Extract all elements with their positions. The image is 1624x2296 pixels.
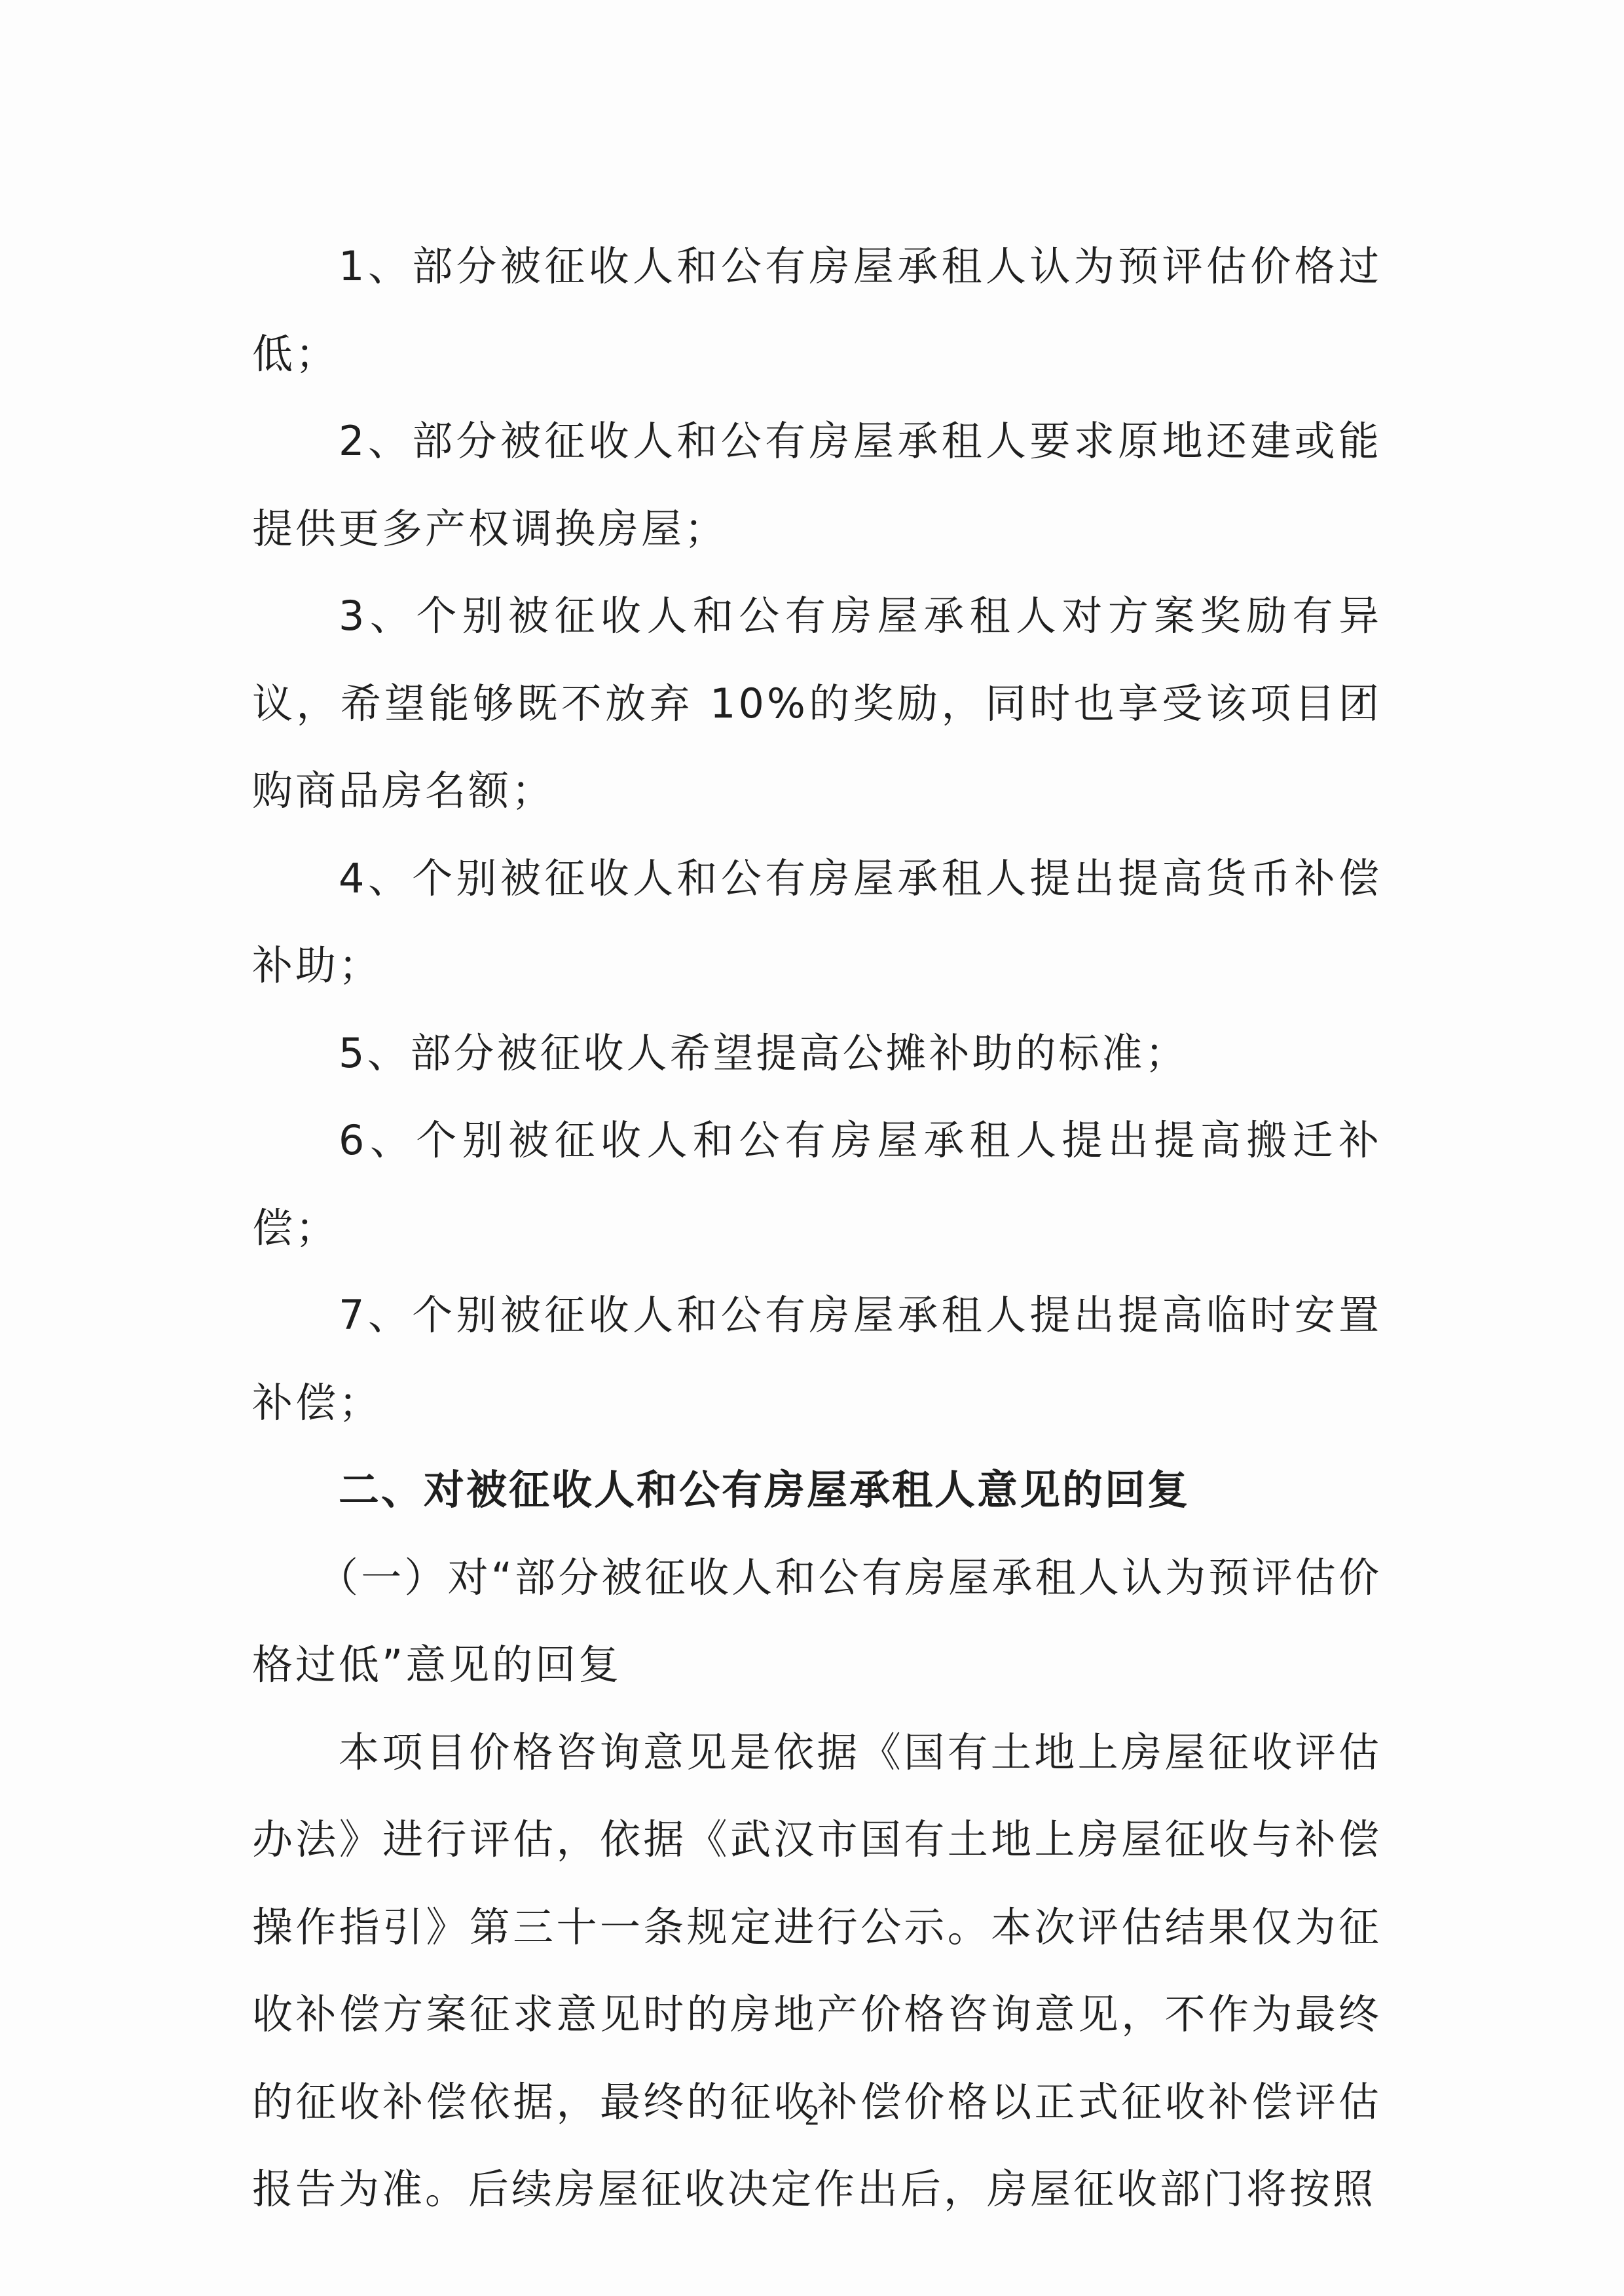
body-paragraph: 本项目价格咨询意见是依据《国有土地上房屋征收评估办法》进行评估，依据《武汉市国有… — [252, 1709, 1382, 2233]
opinion-item-7: 7、个别被征收人和公有房屋承租人提出提高临时安置补偿； — [252, 1271, 1382, 1446]
opinion-item-5: 5、部分被征收人希望提高公摊补助的标准； — [252, 1010, 1382, 1097]
page-number: 2 — [0, 2098, 1624, 2132]
opinion-item-4: 4、个别被征收人和公有房屋承租人提出提高货币补偿补助； — [252, 835, 1382, 1010]
section-heading: 二、对被征收人和公有房屋承租人意见的回复 — [252, 1446, 1382, 1534]
document-body: 1、部分被征收人和公有房屋承租人认为预评估价格过低； 2、部分被征收人和公有房屋… — [252, 223, 1382, 2233]
opinion-item-6: 6、个别被征收人和公有房屋承租人提出提高搬迁补偿； — [252, 1097, 1382, 1271]
subsection-heading: （一）对“部分被征收人和公有房屋承租人认为预评估价格过低”意见的回复 — [252, 1534, 1382, 1709]
opinion-item-3: 3、个别被征收人和公有房屋承租人对方案奖励有异议，希望能够既不放弃 10%的奖励… — [252, 572, 1382, 835]
opinion-item-1: 1、部分被征收人和公有房屋承租人认为预评估价格过低； — [252, 223, 1382, 397]
opinion-item-2: 2、部分被征收人和公有房屋承租人要求原地还建或能提供更多产权调换房屋； — [252, 397, 1382, 572]
document-page: 1、部分被征收人和公有房屋承租人认为预评估价格过低； 2、部分被征收人和公有房屋… — [0, 0, 1624, 2296]
